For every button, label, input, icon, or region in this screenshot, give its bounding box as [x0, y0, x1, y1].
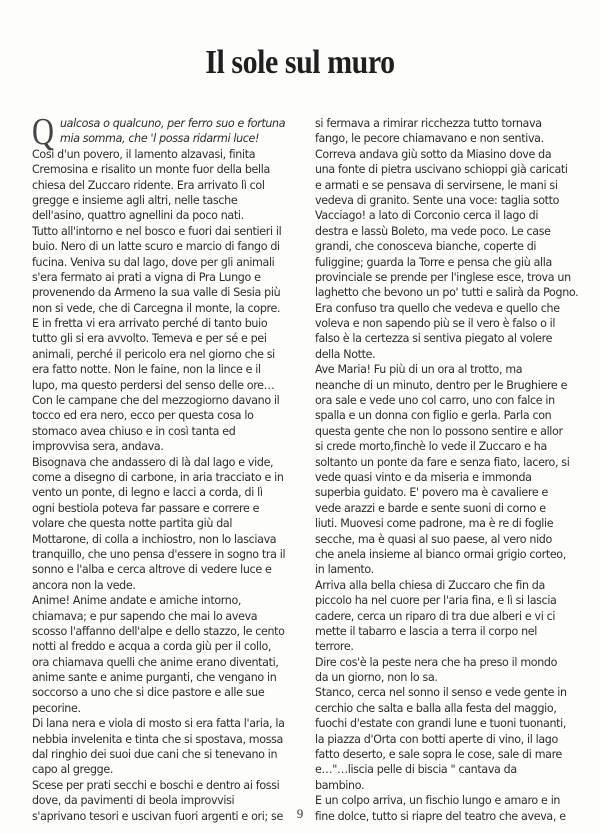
text-line: Era confuso tra quello che vedeva e quel… — [315, 301, 583, 316]
text-line: Stanco, cerca nel sonno il senso e vede … — [315, 685, 583, 700]
text-line: animali, perché il pericolo era nel gior… — [32, 347, 302, 362]
text-line: lupo, ma questo perdersi del senso delle… — [32, 378, 302, 393]
text-line: neanche di un minuto, dentro per le Brug… — [315, 378, 583, 393]
text-line: dell'asino, quattro agnellini da poco na… — [32, 208, 302, 223]
text-line: Vacciago! a lato di Corconio cerca il la… — [315, 208, 583, 223]
text-line: Correva andava giù sotto da Miasino dove… — [315, 147, 583, 162]
text-line: vento un ponte, di legno e lacci a corda… — [32, 485, 302, 500]
text-line: provenendo da Armeno la sua valle di Ses… — [32, 285, 302, 300]
text-line: ancora non la vede. — [32, 578, 302, 593]
text-line: superbia guidato. E' povero ma è cavalie… — [315, 485, 583, 500]
text-line: soltanto un ponte da fare e senza fiato,… — [315, 455, 583, 470]
text-line: notti al freddo e acqua a corda giù per … — [32, 639, 302, 654]
text-line: Ave Maria! Fu più di un ora al trotto, m… — [315, 362, 583, 377]
text-line: chiamava; e pur sapendo che mai lo aveva — [32, 609, 302, 624]
text-line: liuti. Muovesi come padrone, ma è re di … — [315, 516, 583, 531]
text-line: ora chiamava quelli che anime erano dive… — [32, 655, 302, 670]
text-line: soccorso a uno che si dice pastore e all… — [32, 685, 302, 700]
text-line: grandi, che conosceva bianche, coperte d… — [315, 239, 583, 254]
text-line: una fonte di pietra uscivano schioppi gi… — [315, 162, 583, 177]
text-line: fango, le pecore chiamavano e non sentiv… — [315, 131, 583, 146]
text-line: voleva e non sapendo più se il vero è fa… — [315, 316, 583, 331]
text-line: terrore. — [315, 639, 583, 654]
text-line: gregge e insieme agli altri, nelle tasch… — [32, 193, 302, 208]
text-line: della Notte. — [315, 347, 583, 362]
text-line: in lamento. — [315, 562, 583, 577]
text-line: Con le campane che del mezzogiorno davan… — [32, 393, 302, 408]
text-line: fuliggine; guarda la Torre e pensa che g… — [315, 255, 583, 270]
text-line: ora sale e vede uno col carro, uno con f… — [315, 393, 583, 408]
text-line: dal ringhio dei suoi due cani che si ten… — [32, 747, 302, 762]
right-column: si fermava a rimirar ricchezza tutto tor… — [315, 116, 583, 824]
text-line: Cremosina e risalito un monte fuor della… — [32, 162, 302, 177]
text-line: scosso l'affanno dell'alpe e dello stazz… — [32, 624, 302, 639]
text-line: si crede morto,finchè lo vede il Zuccaro… — [315, 439, 583, 454]
text-line: che anela insieme al bianco ormai grigio… — [315, 547, 583, 562]
text-line: e…"…liscia pelle di biscia " cantava da — [315, 762, 583, 777]
text-line: Scese per prati secchi e boschi e dentro… — [32, 778, 302, 793]
drop-cap: Q — [32, 117, 54, 147]
text-line: fatto deserto, e sale sopra le cose, sal… — [315, 747, 583, 762]
text-line: mia somma, che 'l possa ridarmi luce! — [32, 131, 302, 146]
text-line: secche, ma è quasi al suo paese, al vero… — [315, 532, 583, 547]
text-line: nebbia invelenita e tinta che si spostav… — [32, 732, 302, 747]
left-column-text: Così d'un povero, il lamento alzavasi, f… — [32, 147, 302, 824]
text-line: fuochi d'estate con grandi lune e tuoni … — [315, 716, 583, 731]
text-line: laghetto che bevono un po' tutti e salir… — [315, 285, 583, 300]
text-line: spalla e un donna con figlio e gerla. Pa… — [315, 408, 583, 423]
text-line: improvvisa sera, andava. — [32, 439, 302, 454]
text-line: bambino. — [315, 778, 583, 793]
text-line: fucina. Veniva su dal lago, dove per gli… — [32, 255, 302, 270]
text-line: Dire cos'è la peste nera che ha preso il… — [315, 655, 583, 670]
text-line: Tutto all'intorno e nel bosco e fuori da… — [32, 224, 302, 239]
text-line: e armati e se pensava di servirsene, le … — [315, 178, 583, 193]
text-line: tocco ed era nero, ecco per questa cosa … — [32, 408, 302, 423]
text-line: vedeva di granito. Sente una voce: tagli… — [315, 193, 583, 208]
text-line: Anime! Anime andate e amiche intorno, — [32, 593, 302, 608]
opening-italic-verse: ualcosa o qualcuno, per ferro suo e fort… — [32, 116, 302, 147]
text-line: cadere, cerca un riparo di tra due alber… — [315, 609, 583, 624]
text-line: tutto gli si era avvolto. Temeva e per s… — [32, 331, 302, 346]
text-line: Mottarone, di colla a inchiostro, non lo… — [32, 532, 302, 547]
text-line: vede arazzi e barde e sente suoni di cor… — [315, 501, 583, 516]
text-line: questa gente che non lo possono sentire … — [315, 424, 583, 439]
text-line: pecorine. — [32, 701, 302, 716]
text-line: Così d'un povero, il lamento alzavasi, f… — [32, 147, 302, 162]
text-line: la piazza d'Orta con botti aperte di vin… — [315, 732, 583, 747]
page-title: Il sole sul muro — [36, 44, 564, 82]
text-line: come a disegno di carbone, in aria tracc… — [32, 470, 302, 485]
text-line: vede quasi vinto e da miseria e immonda — [315, 470, 583, 485]
text-line: Di lana nera e viola di mosto si era fat… — [32, 716, 302, 731]
text-line: destra e lassù Boleto, ma vede poco. Le … — [315, 224, 583, 239]
text-line: ualcosa o qualcuno, per ferro suo e fort… — [32, 116, 302, 131]
text-line: non si vede, che di Carcegna il monte, l… — [32, 301, 302, 316]
text-line: tranquillo, che uno pensa d'essere in so… — [32, 547, 302, 562]
text-line: Bisognava che andassero di là dal lago e… — [32, 455, 302, 470]
text-line: buio. Nero di un latte scuro e marcio di… — [32, 239, 302, 254]
text-line: era fatto notte. Non le faine, non la li… — [32, 362, 302, 377]
left-column: Q ualcosa o qualcuno, per ferro suo e fo… — [32, 116, 302, 824]
text-line: provinciale se prende per l'inglese esce… — [315, 270, 583, 285]
text-line: E in fretta vi era arrivato perché di ta… — [32, 316, 302, 331]
text-line: anime sante e anime purganti, che vengan… — [32, 670, 302, 685]
text-line: sonno e l'alba e cerca altrove di vedere… — [32, 562, 302, 577]
text-line: ogni bestiola poteva far passare e corre… — [32, 501, 302, 516]
page-number: 9 — [0, 806, 600, 822]
text-line: capo al gregge. — [32, 762, 302, 777]
text-line: volare che questa notte partita giù dal — [32, 516, 302, 531]
right-column-text: si fermava a rimirar ricchezza tutto tor… — [315, 116, 583, 824]
text-line: s'era fermato ai prati a vigna di Pra Lu… — [32, 270, 302, 285]
text-line: falso è la certezza si sentiva piegato a… — [315, 331, 583, 346]
text-line: cerchio che salta e balla alla festa del… — [315, 701, 583, 716]
text-line: Arriva alla bella chiesa di Zuccaro che … — [315, 578, 583, 593]
text-line: si fermava a rimirar ricchezza tutto tor… — [315, 116, 583, 131]
text-line: mette il tabarro e lascia a terra il cor… — [315, 624, 583, 639]
text-line: stomaco avea chiuso e in così tanta ed — [32, 424, 302, 439]
text-line: chiesa del Zuccaro ridente. Era arrivato… — [32, 178, 302, 193]
text-line: da un giorno, non lo sa. — [315, 670, 583, 685]
text-line: piccolo ha nel cuore per l'aria fina, e … — [315, 593, 583, 608]
